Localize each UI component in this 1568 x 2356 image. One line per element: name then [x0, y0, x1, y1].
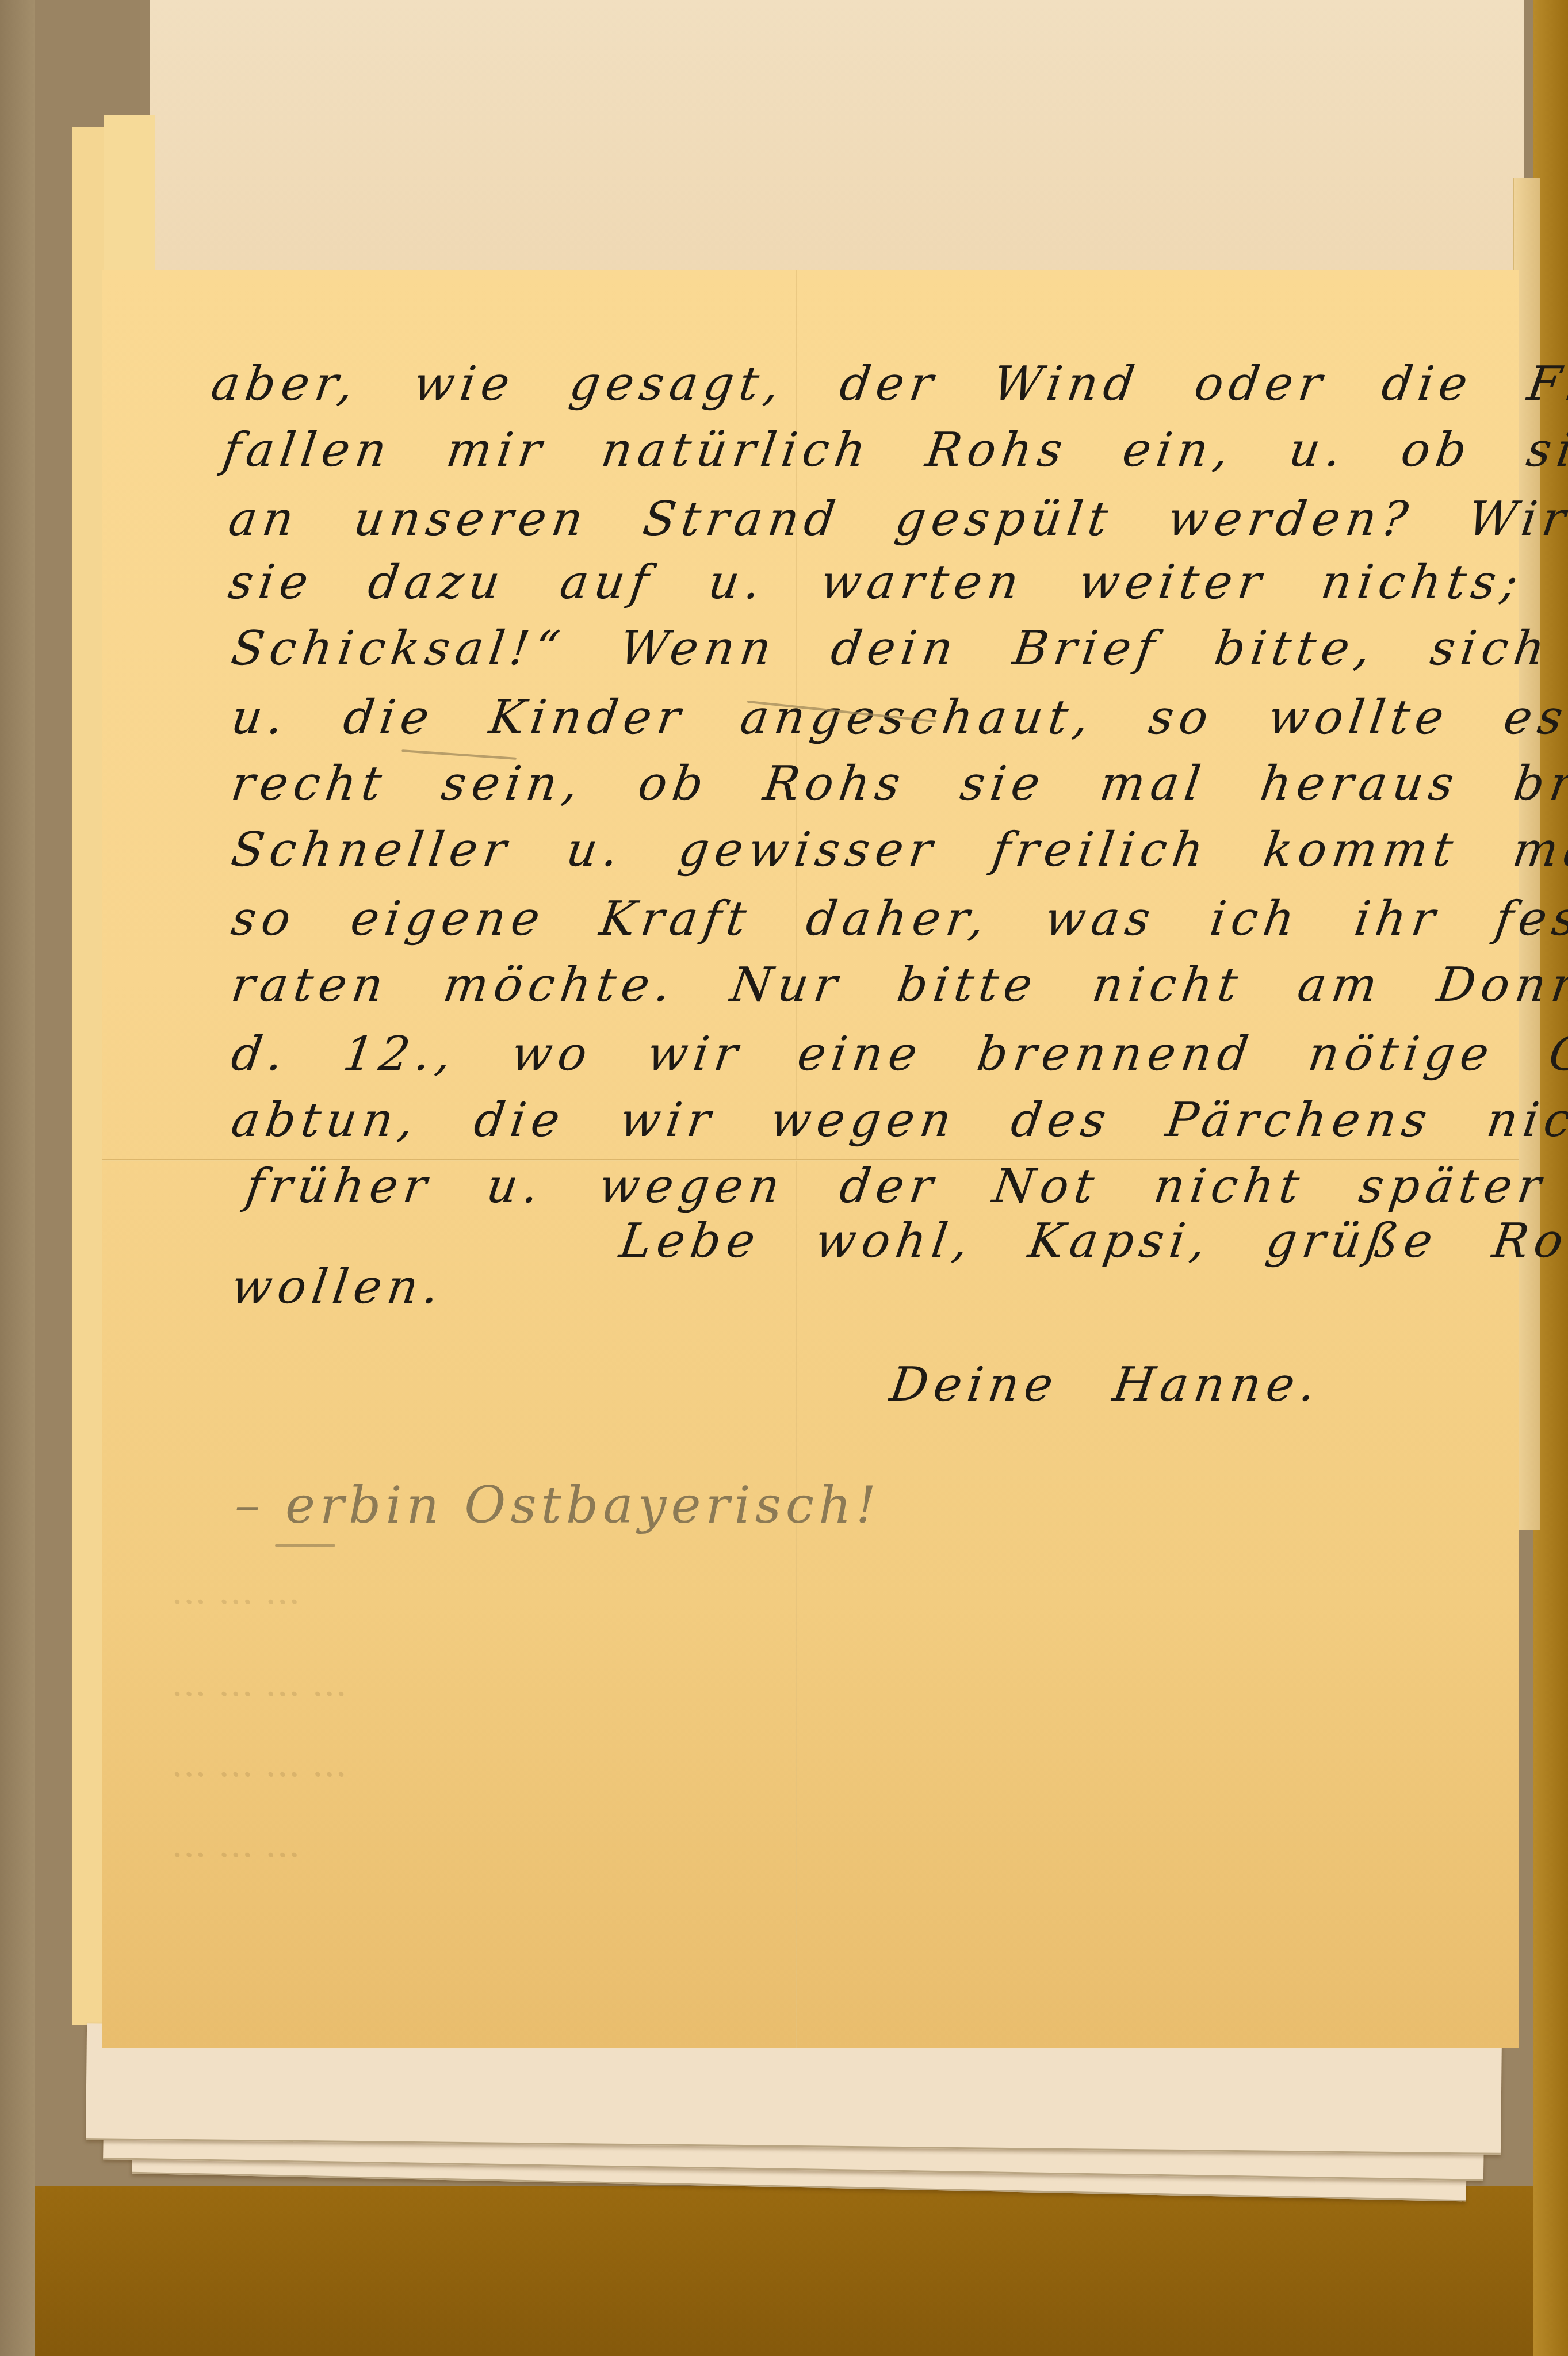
pencil-annotation: – erbin Ostbayerisch! [235, 1475, 881, 1535]
letter-line: Schicksal!“ Wenn dein Brief bitte, sich … [228, 621, 1568, 676]
bleed-through-text: ... ... ... ... [171, 1743, 347, 1785]
letter-line: abtun, die wir wegen des Pärchens nicht [228, 1093, 1568, 1148]
letter-line: aber, wie gesagt, der Wind oder die Flut… [208, 357, 1568, 411]
closing-line: Lebe wohl, Kapsi, grüße Rohs u. Ma [616, 1214, 1568, 1268]
pencil-underline [275, 1544, 335, 1547]
bleed-through-text: ... ... ... [171, 1570, 300, 1613]
letter-line: fallen mir natürlich Rohs ein, u. ob sie… [219, 423, 1568, 477]
background-left-edge [0, 0, 35, 2356]
paper-stack-bottom [86, 2030, 1519, 2203]
letter-line: an unseren Strand gespült werden? Wir fo… [225, 492, 1568, 546]
letter-line: Schneller u. gewisser freilich kommt man… [228, 823, 1568, 877]
letter-page: ... ... ... ... ... ... ... ... ... ... … [102, 270, 1519, 2048]
letter-line: früher u. wegen der Not nicht später leg… [242, 1159, 1568, 1214]
bleed-through-text: ... ... ... ... [171, 1662, 347, 1705]
letter-line: sie dazu auf u. warten weiter nichts; „a… [225, 555, 1568, 610]
letter-line: so eigene Kraft daher, was ich ihr fest … [228, 892, 1568, 946]
backing-board-bottom [35, 2186, 1533, 2356]
letter-line: wollen. [228, 1260, 448, 1314]
letter-line: d. 12., wo wir eine brennend nötige Groß… [228, 1027, 1568, 1081]
signature: Deine Hanne. [886, 1357, 1325, 1412]
letter-line: recht sein, ob Rohs sie mal heraus brach… [228, 756, 1568, 811]
white-sheet-behind [150, 0, 1524, 299]
bleed-through-text: ... ... ... [171, 1823, 300, 1866]
letter-line: raten möchte. Nur bitte nicht am Donners… [228, 958, 1568, 1012]
